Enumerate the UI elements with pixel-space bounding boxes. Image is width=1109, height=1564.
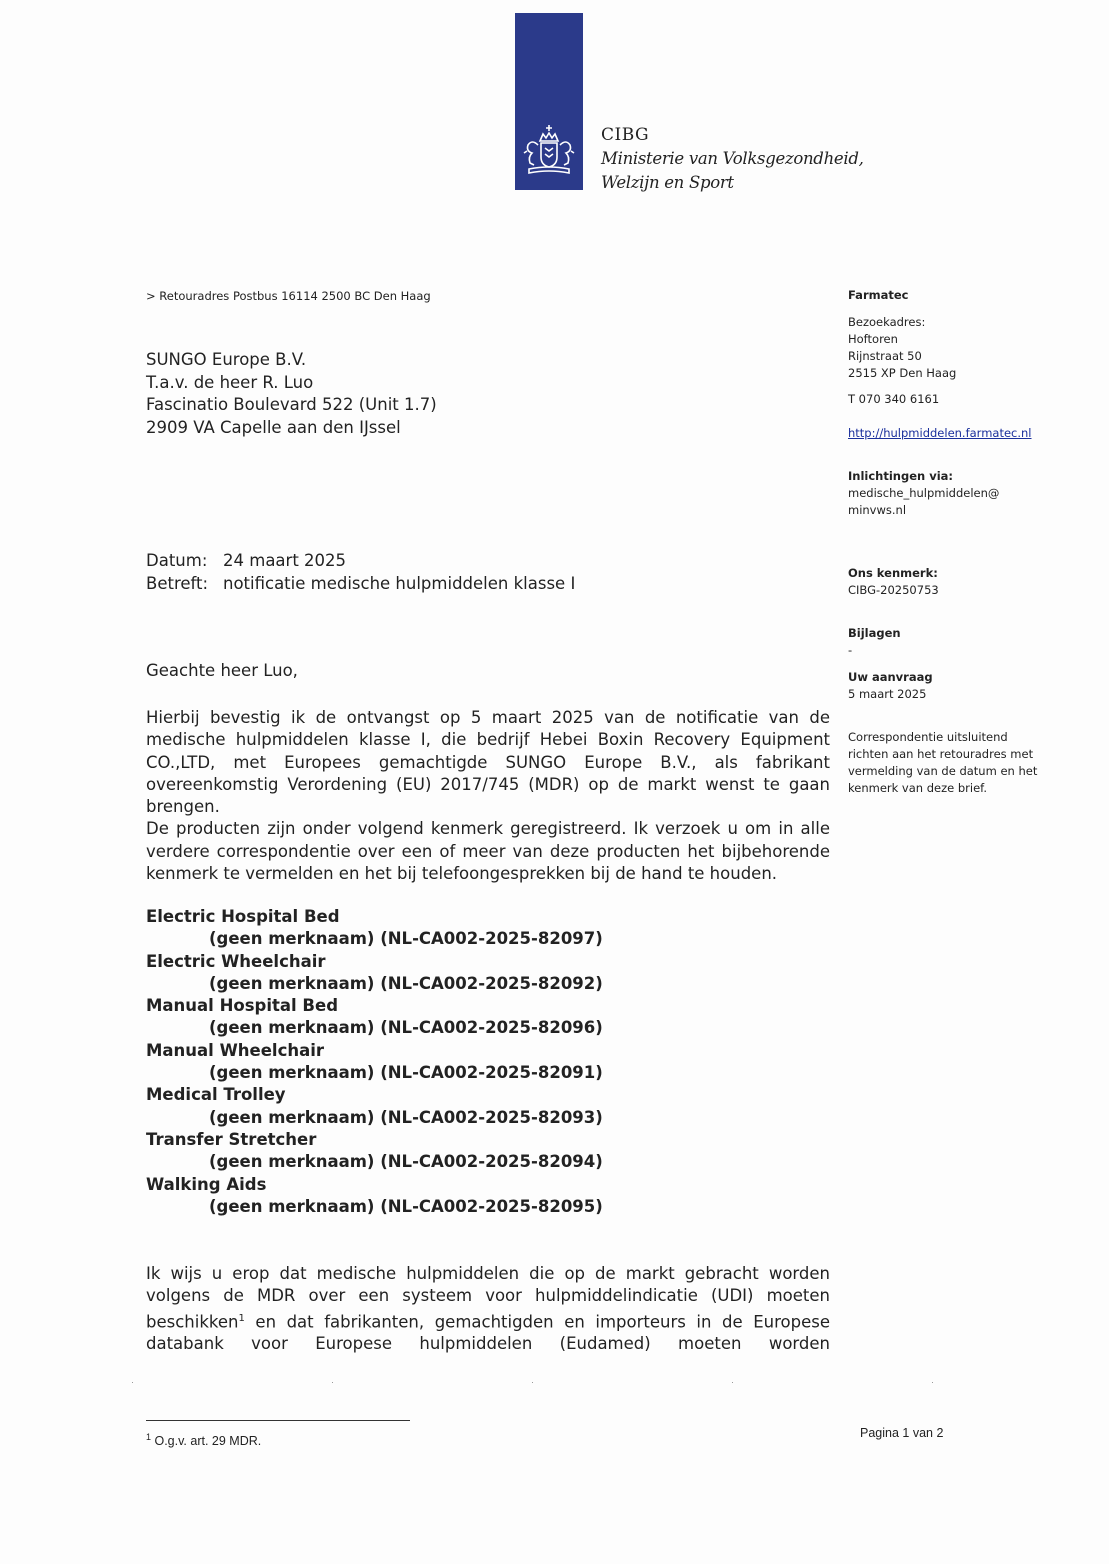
sidebar-correspondence-note: Correspondentie uitsluitend richten aan … <box>848 729 1078 797</box>
recipient-city: 2909 VA Capelle aan den IJssel <box>146 417 437 440</box>
paragraph-registration: De producten zijn onder volgend kenmerk … <box>146 818 830 885</box>
department-name: Farmatec <box>848 287 1078 304</box>
org-name: CIBG <box>601 123 864 147</box>
recipient-street: Fascinatio Boulevard 522 (Unit 1.7) <box>146 394 437 417</box>
attachments-value: - <box>848 642 1078 659</box>
product-item: Electric Wheelchair(geen merknaam) (NL-C… <box>146 951 603 996</box>
logo-bar <box>515 13 583 190</box>
request-value: 5 maart 2025 <box>848 686 1078 703</box>
note-line: kenmerk van deze brief. <box>848 780 1078 797</box>
product-name: Electric Wheelchair <box>146 951 603 973</box>
website-link[interactable]: http://hulpmiddelen.farmatec.nl <box>848 426 1032 440</box>
ministry-name-line1: Ministerie van Volksgezondheid, <box>601 147 864 171</box>
udi-text-after: en dat fabrikanten, gemachtigden en impo… <box>146 1312 830 1353</box>
page-indicator: Pagina 1 van 2 <box>860 1426 943 1440</box>
info-email-line2: minvws.nl <box>848 502 1078 519</box>
note-line: Correspondentie uitsluitend <box>848 729 1078 746</box>
date-value: 24 maart 2025 <box>223 550 346 573</box>
sidebar-attachments: Bijlagen - <box>848 625 1078 659</box>
product-name: Manual Wheelchair <box>146 1040 603 1062</box>
sidebar-contact: Farmatec Bezoekadres: Hoftoren Rijnstraa… <box>848 287 1078 442</box>
product-registration-code: (geen merknaam) (NL-CA002-2025-82095) <box>146 1196 603 1218</box>
recipient-attention: T.a.v. de heer R. Luo <box>146 372 437 395</box>
note-line: vermelding van de datum en het <box>848 763 1078 780</box>
sidebar-request: Uw aanvraag 5 maart 2025 <box>848 669 1078 703</box>
visit-label: Bezoekadres: <box>848 314 1078 331</box>
footnote: 1 O.g.v. art. 29 MDR. <box>146 1432 261 1448</box>
reference-value: CIBG-20250753 <box>848 582 1078 599</box>
info-label: Inlichtingen via: <box>848 468 1078 485</box>
visit-line2: Rijnstraat 50 <box>848 348 1078 365</box>
return-address: > Retouradres Postbus 16114 2500 BC Den … <box>146 289 431 303</box>
product-name: Medical Trolley <box>146 1084 603 1106</box>
product-item: Manual Hospital Bed(geen merknaam) (NL-C… <box>146 995 603 1040</box>
product-name: Manual Hospital Bed <box>146 995 603 1017</box>
phone-number: T 070 340 6161 <box>848 391 1078 408</box>
product-item: Manual Wheelchair(geen merknaam) (NL-CA0… <box>146 1040 603 1085</box>
letter-meta: Datum:24 maart 2025 Betreft:notificatie … <box>146 550 575 595</box>
product-registration-code: (geen merknaam) (NL-CA002-2025-82093) <box>146 1107 603 1129</box>
footnote-divider <box>146 1420 410 1421</box>
product-registration-code: (geen merknaam) (NL-CA002-2025-82097) <box>146 928 603 950</box>
paragraph-udi: Ik wijs u erop dat medische hulpmiddelen… <box>146 1263 830 1356</box>
recipient-company: SUNGO Europe B.V. <box>146 349 437 372</box>
product-name: Transfer Stretcher <box>146 1129 603 1151</box>
product-registration-code: (geen merknaam) (NL-CA002-2025-82092) <box>146 973 603 995</box>
product-registration-code: (geen merknaam) (NL-CA002-2025-82091) <box>146 1062 603 1084</box>
product-item: Electric Hospital Bed(geen merknaam) (NL… <box>146 906 603 951</box>
product-registration-code: (geen merknaam) (NL-CA002-2025-82094) <box>146 1151 603 1173</box>
recipient-address: SUNGO Europe B.V. T.a.v. de heer R. Luo … <box>146 349 437 439</box>
note-line: richten aan het retouradres met <box>848 746 1078 763</box>
product-list: Electric Hospital Bed(geen merknaam) (NL… <box>146 906 603 1218</box>
product-name: Electric Hospital Bed <box>146 906 603 928</box>
request-label: Uw aanvraag <box>848 669 1078 686</box>
attachments-label: Bijlagen <box>848 625 1078 642</box>
date-label: Datum: <box>146 550 223 573</box>
logo-text: CIBG Ministerie van Volksgezondheid, Wel… <box>601 123 864 195</box>
subject-value: notificatie medische hulpmiddelen klasse… <box>223 573 575 596</box>
product-registration-code: (geen merknaam) (NL-CA002-2025-82096) <box>146 1017 603 1039</box>
footnote-text: O.g.v. art. 29 MDR. <box>151 1434 261 1448</box>
visit-line3: 2515 XP Den Haag <box>848 365 1078 382</box>
sidebar-info: Inlichtingen via: medische_hulpmiddelen@… <box>848 468 1078 519</box>
paragraph-confirmation: Hierbij bevestig ik de ontvangst op 5 ma… <box>146 707 830 818</box>
salutation: Geachte heer Luo, <box>146 661 298 680</box>
intro-paragraphs: Hierbij bevestig ik de ontvangst op 5 ma… <box>146 707 830 885</box>
royal-coat-of-arms-icon <box>521 121 577 179</box>
ministry-name-line2: Welzijn en Sport <box>601 171 864 195</box>
product-item: Medical Trolley(geen merknaam) (NL-CA002… <box>146 1084 603 1129</box>
product-item: Transfer Stretcher(geen merknaam) (NL-CA… <box>146 1129 603 1174</box>
sidebar-reference: Ons kenmerk: CIBG-20250753 <box>848 565 1078 599</box>
info-email-line1: medische_hulpmiddelen@ <box>848 485 1078 502</box>
product-item: Walking Aids(geen merknaam) (NL-CA002-20… <box>146 1174 603 1219</box>
visit-line1: Hoftoren <box>848 331 1078 348</box>
subject-label: Betreft: <box>146 573 223 596</box>
product-name: Walking Aids <box>146 1174 603 1196</box>
reference-label: Ons kenmerk: <box>848 565 1078 582</box>
